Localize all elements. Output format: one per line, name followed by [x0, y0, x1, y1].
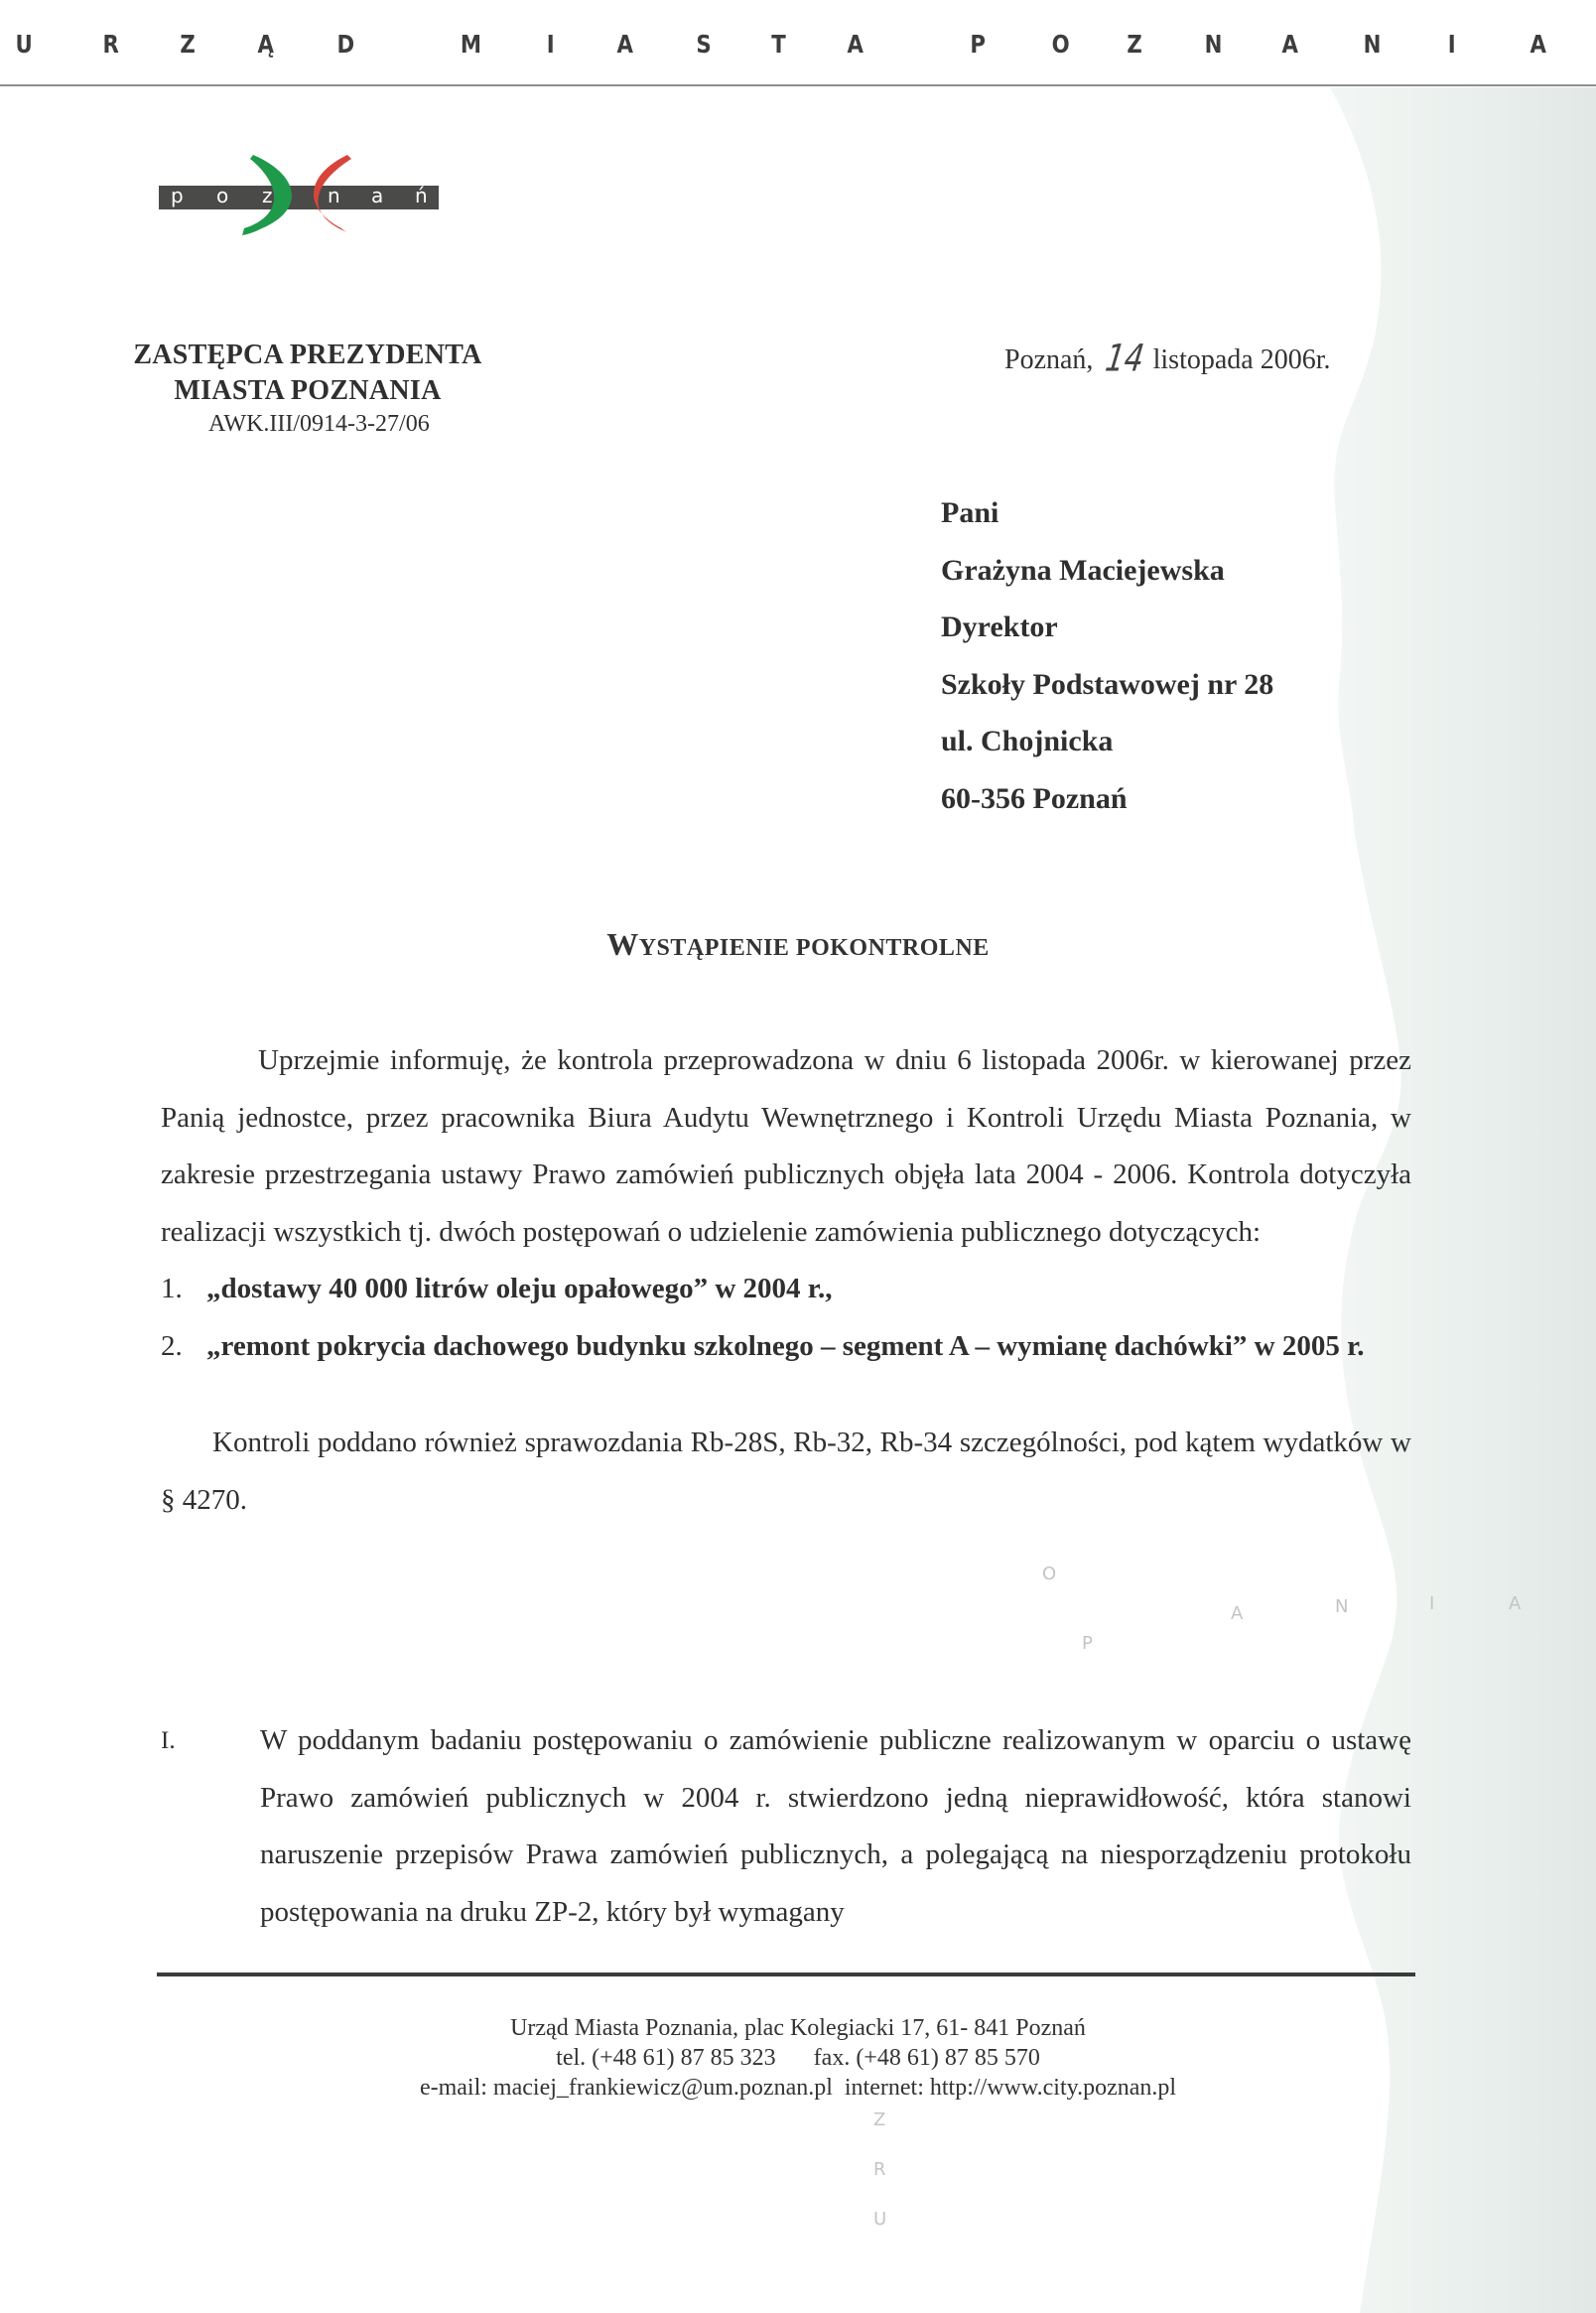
masthead-letter: I [547, 30, 555, 59]
masthead-letter: U [16, 30, 33, 59]
sender-block: ZASTĘPCA PREZYDENTA MIASTA POZNANIA AWK.… [99, 338, 516, 439]
letter-body: Uprzejmie informuję, że kontrola przepro… [161, 1032, 1411, 1529]
masthead: U R Z Ą D M I A S T A P O Z N A N I A [0, 22, 1596, 71]
item-text: „remont pokrycia dachowego budynku szkol… [206, 1318, 1411, 1376]
masthead-letter: A [1529, 30, 1545, 59]
date-day-handwritten: 14 [1103, 338, 1146, 381]
poznan-logo: p o z n a ń [159, 149, 457, 238]
masthead-letter: T [771, 30, 786, 59]
date-line: Poznań, 14 listopada 2006r. [1004, 341, 1331, 376]
masthead-letter: N [1205, 30, 1223, 59]
finding-section: I. W poddanym badaniu postępowaniu o zam… [161, 1712, 1411, 1941]
masthead-letter: I [1448, 30, 1456, 59]
footer-divider [157, 1973, 1415, 1976]
date-place: Poznań, [1004, 344, 1093, 375]
masthead-letter: A [1281, 30, 1297, 59]
masthead-letter: A [616, 30, 632, 59]
item-number: 2. [161, 1318, 206, 1376]
masthead-letter: Ą [257, 30, 273, 59]
watermark-letter: A [1509, 1593, 1521, 1614]
recipient-block: Pani Grażyna Maciejewska Dyrektor Szkoły… [941, 484, 1273, 827]
masthead-letter: Z [180, 30, 195, 59]
recipient-institution: Szkoły Podstawowej nr 28 [941, 656, 1273, 714]
sender-subtitle: MIASTA POZNANIA [99, 373, 516, 409]
watermark-letter: U [873, 2209, 886, 2230]
masthead-letter: O [1052, 30, 1070, 59]
footer-address: Urząd Miasta Poznania, plac Kolegiacki 1… [0, 2013, 1596, 2043]
masthead-letter: S [696, 30, 711, 59]
watermark-letter: N [1335, 1596, 1348, 1617]
heading-initial: W [606, 926, 639, 962]
date-month-year: listopada 2006r. [1153, 344, 1331, 375]
masthead-letter: N [1364, 30, 1382, 59]
watermark-letter: I [1429, 1593, 1434, 1614]
masthead-letter: Z [1127, 30, 1141, 59]
recipient-city: 60-356 Poznań [941, 770, 1273, 828]
masthead-letter: D [337, 30, 355, 59]
recipient-position: Dyrektor [941, 599, 1273, 656]
logo-arcs-icon [159, 149, 457, 238]
reference-number: AWK.III/0914-3-27/06 [208, 409, 516, 439]
footer-fax: fax. (+48 61) 87 85 570 [814, 2045, 1040, 2071]
watermark-letter: R [873, 2159, 886, 2180]
recipient-name: Grażyna Maciejewska [941, 542, 1273, 600]
procurement-item: 1. „dostawy 40 000 litrów oleju opałoweg… [161, 1261, 1411, 1318]
footer-email: e-mail: maciej_frankiewicz@um.poznan.pl [420, 2075, 833, 2101]
section-text: W poddanym badaniu postępowaniu o zamówi… [260, 1712, 1411, 1941]
sender-title: ZASTĘPCA PREZYDENTA [99, 338, 516, 373]
watermark-letter: Z [873, 2109, 885, 2130]
masthead-letter: A [847, 30, 863, 59]
recipient-salutation: Pani [941, 484, 1273, 542]
footer-phone: tel. (+48 61) 87 85 323 [556, 2045, 776, 2071]
heading-rest: YSTĄPIENIE POKONTROLNE [639, 935, 990, 961]
recipient-street: ul. Chojnicka [941, 713, 1273, 770]
letter-footer: Urząd Miasta Poznania, plac Kolegiacki 1… [0, 2013, 1596, 2103]
item-number: 1. [161, 1261, 206, 1318]
footer-website: internet: http://www.city.poznan.pl [845, 2075, 1176, 2101]
watermark-letter: A [1231, 1603, 1243, 1624]
item-text: „dostawy 40 000 litrów oleju opałowego” … [206, 1261, 1411, 1318]
procurement-item: 2. „remont pokrycia dachowego budynku sz… [161, 1318, 1411, 1376]
watermark-letter: P [1082, 1633, 1093, 1654]
masthead-letter: M [461, 30, 481, 59]
section-number: I. [161, 1712, 260, 1941]
masthead-letter: R [102, 30, 118, 59]
document-heading: WYSTĄPIENIE POKONTROLNE [0, 926, 1596, 963]
watermark-letter: O [1042, 1564, 1056, 1584]
masthead-divider [0, 84, 1596, 86]
reports-paragraph: Kontroli poddano również sprawozdania Rb… [161, 1415, 1411, 1529]
intro-paragraph: Uprzejmie informuję, że kontrola przepro… [161, 1032, 1411, 1261]
masthead-letter: P [970, 30, 986, 59]
